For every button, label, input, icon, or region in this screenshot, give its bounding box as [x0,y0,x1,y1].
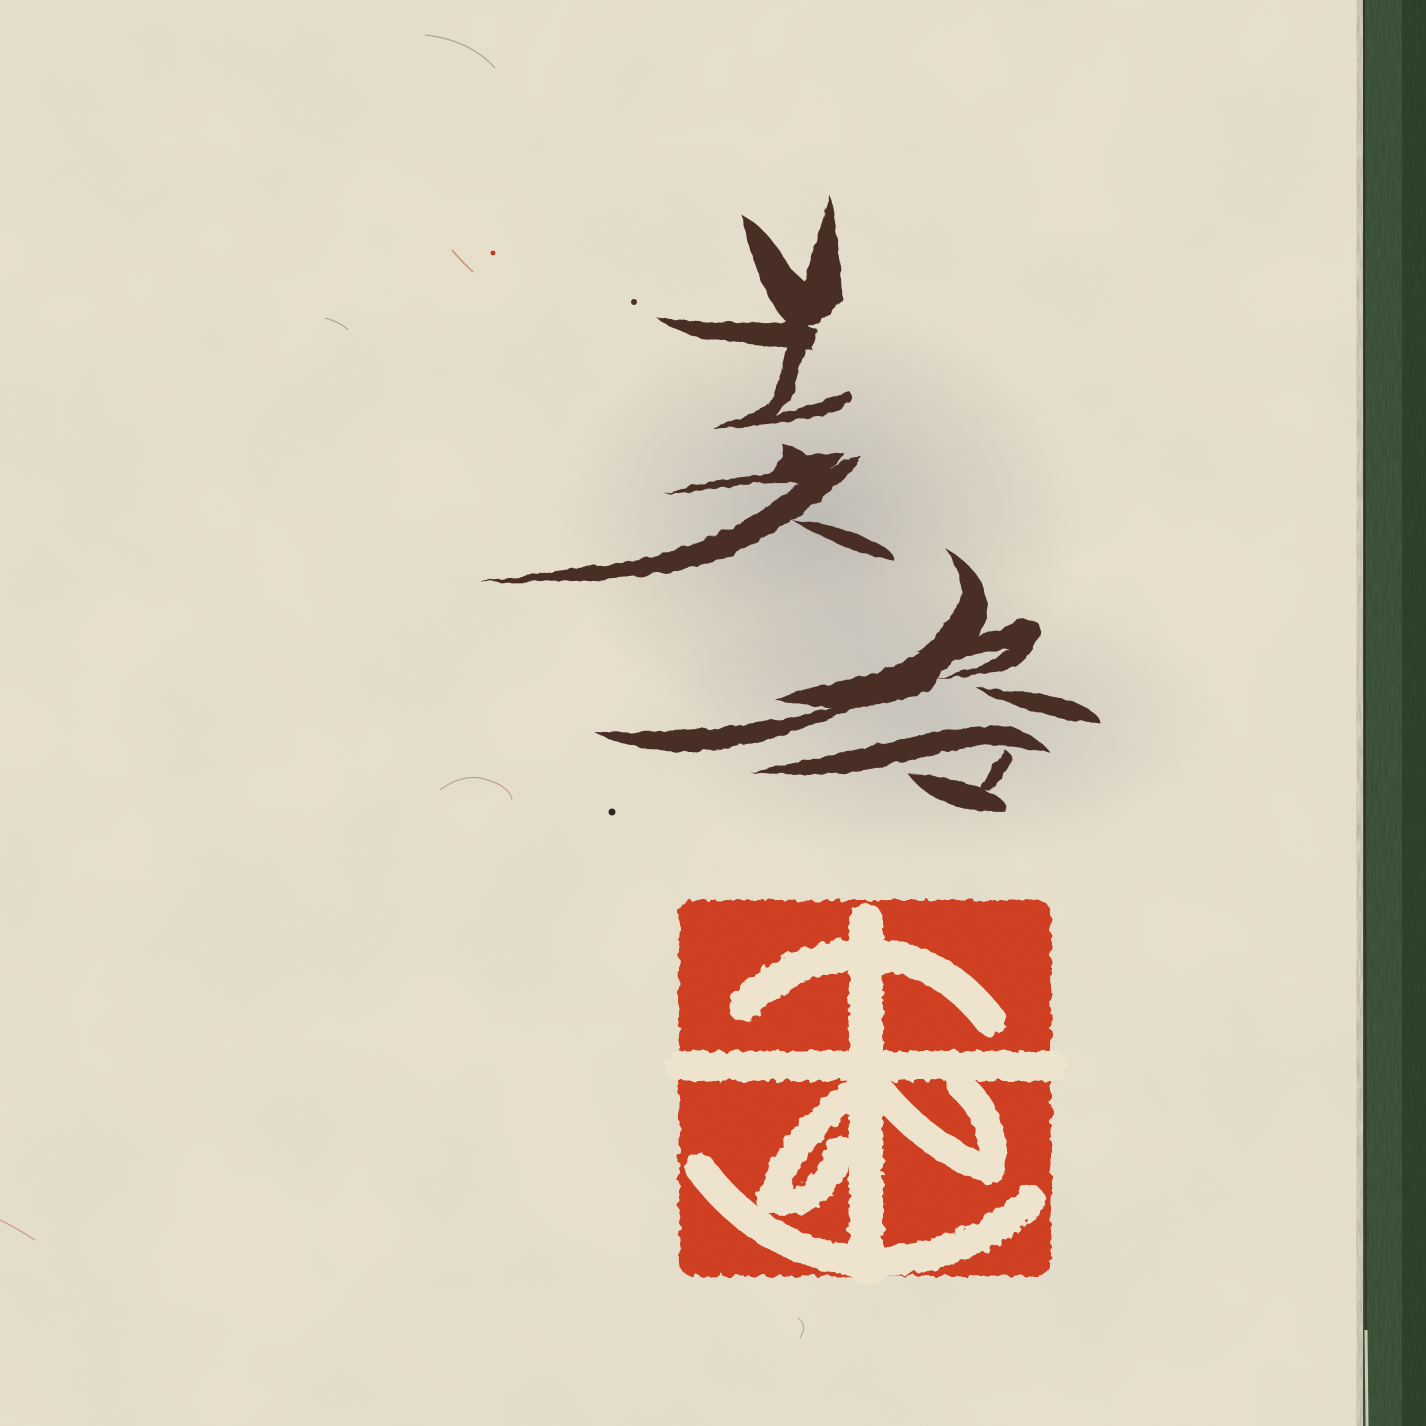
red-seal-stamp [679,900,1052,1276]
artwork-photo [0,0,1426,1426]
green-mounting-border [1363,0,1426,1426]
